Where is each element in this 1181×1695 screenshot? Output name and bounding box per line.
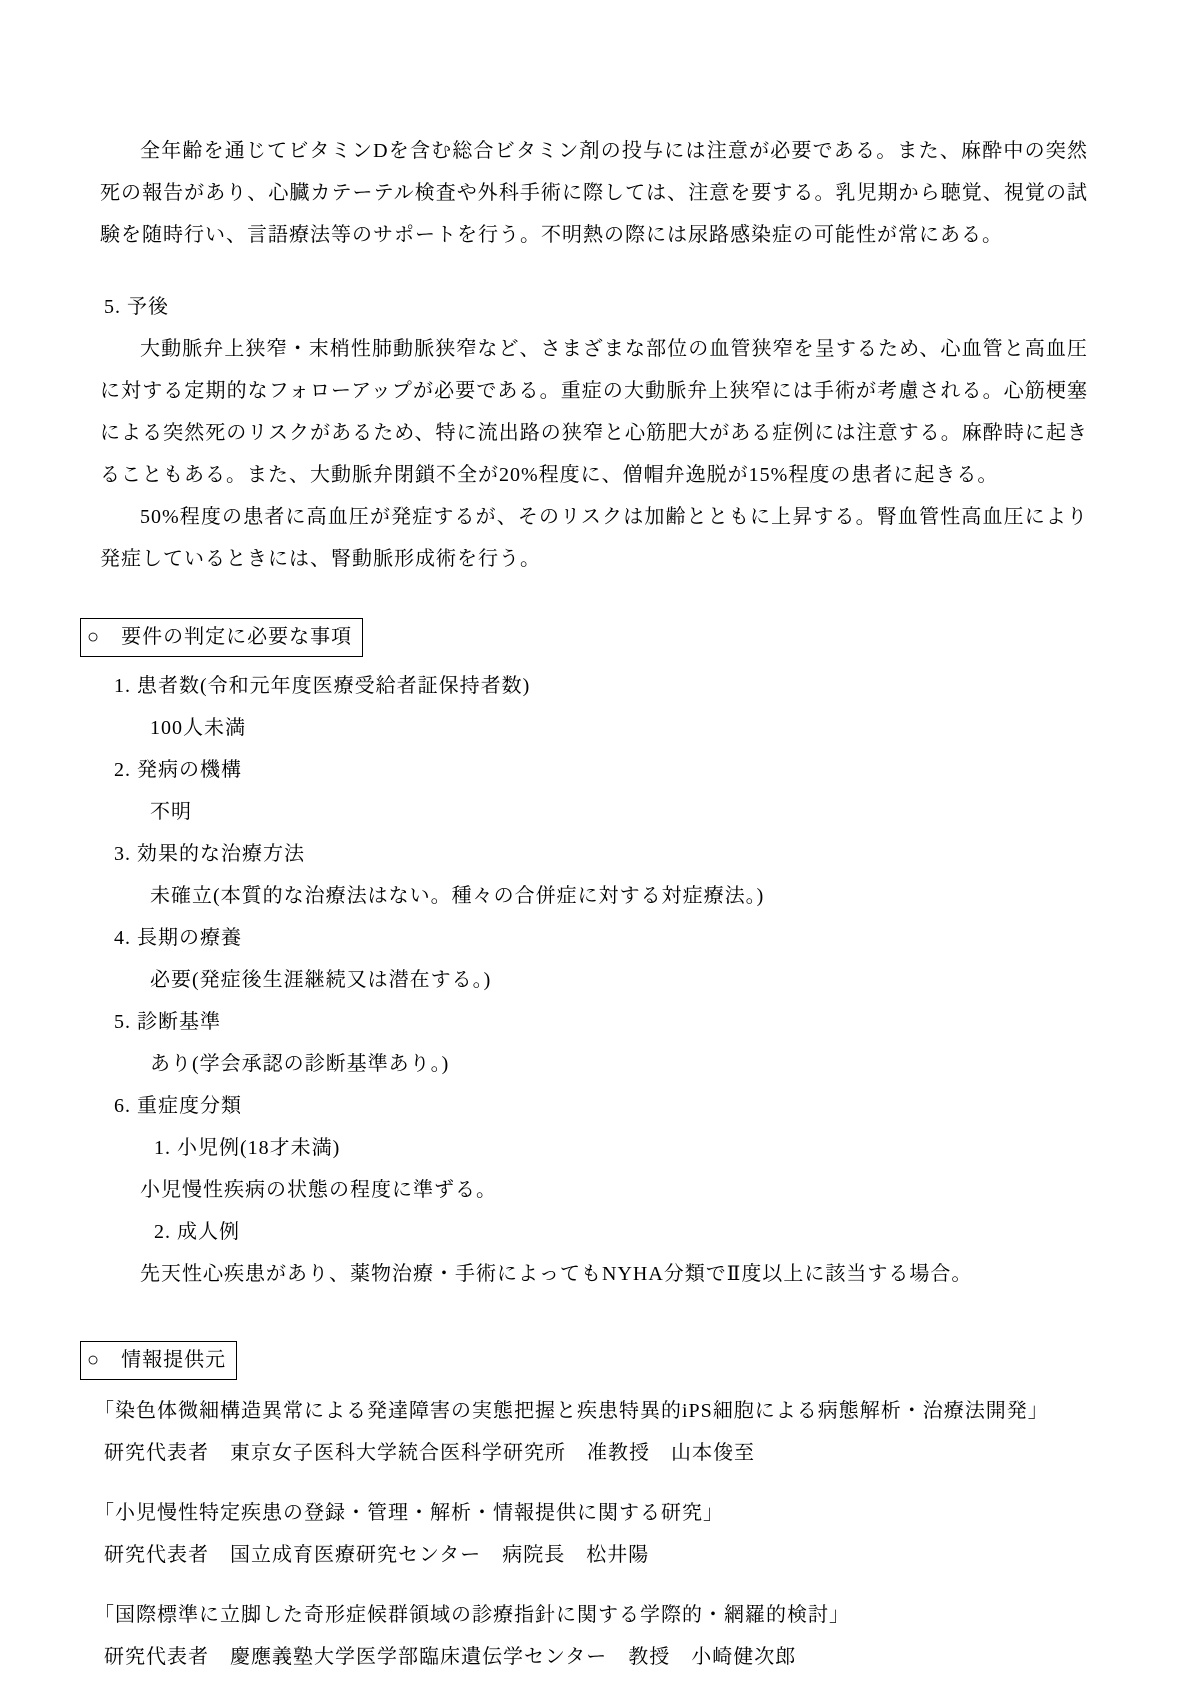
requirement-item-diagnostic-criteria: 5. 診断基準 あり(学会承認の診断基準あり。): [100, 1001, 1088, 1085]
requirement-value: あり(学会承認の診断基準あり。): [100, 1043, 1088, 1085]
research-representative: 研究代表者 慶應義塾大学医学部臨床遺伝学センター 教授 小崎健次郎: [100, 1636, 1088, 1678]
requirement-value: 未確立(本質的な治療法はない。種々の合併症に対する対症療法。): [100, 875, 1088, 917]
document-content: 全年齢を通じてビタミンDを含む総合ビタミン剤の投与には注意が必要である。また、麻…: [100, 130, 1088, 1695]
info-source-section-heading: ○ 情報提供元: [80, 1341, 237, 1380]
research-representative: 研究代表者 国立成育医療研究センター 病院長 松井陽: [100, 1534, 1088, 1576]
requirements-section-heading: ○ 要件の判定に必要な事項: [80, 618, 363, 657]
requirement-label: 3. 効果的な治療方法: [100, 833, 1088, 875]
research-title: 「国際標準に立脚した奇形症候群領域の診療指針に関する学際的・網羅的検討」: [94, 1594, 1088, 1636]
requirement-label: 1. 患者数(令和元年度医療受給者証保持者数): [100, 665, 1088, 707]
info-source-entry: 「国際標準に立脚した奇形症候群領域の診療指針に関する学際的・網羅的検討」 研究代…: [100, 1594, 1088, 1678]
document-page: 全年齢を通じてビタミンDを含む総合ビタミン剤の投与には注意が必要である。また、麻…: [0, 0, 1181, 1695]
requirement-item-patients: 1. 患者数(令和元年度医療受給者証保持者数) 100人未満: [100, 665, 1088, 749]
requirement-value: 不明: [100, 791, 1088, 833]
info-source-entry: 「染色体微細構造異常による発達障害の実態把握と疾患特異的iPS細胞による病態解析…: [100, 1390, 1088, 1474]
requirement-item-severity: 6. 重症度分類 1. 小児例(18才未満) 小児慢性疾病の状態の程度に準ずる。…: [100, 1085, 1088, 1295]
research-representative: 研究代表者 東京女子医科大学統合医科学研究所 准教授 山本俊至: [100, 1432, 1088, 1474]
severity-child-case-description: 小児慢性疾病の状態の程度に準ずる。: [100, 1169, 1088, 1211]
research-title: 「小児慢性特定疾患の登録・管理・解析・情報提供に関する研究」: [94, 1492, 1088, 1534]
info-source-list: 「染色体微細構造異常による発達障害の実態把握と疾患特異的iPS細胞による病態解析…: [100, 1390, 1088, 1678]
requirement-value: 100人未満: [100, 707, 1088, 749]
requirement-label: 4. 長期の療養: [100, 917, 1088, 959]
prognosis-paragraph-1: 大動脈弁上狭窄・末梢性肺動脈狭窄など、さまざまな部位の血管狭窄を呈するため、心血…: [100, 328, 1088, 496]
prognosis-paragraph-2: 50%程度の患者に高血圧が発症するが、そのリスクは加齢とともに上昇する。腎血管性…: [100, 496, 1088, 580]
requirement-value: 必要(発症後生涯継続又は潜在する。): [100, 959, 1088, 1001]
requirement-item-mechanism: 2. 発病の機構 不明: [100, 749, 1088, 833]
requirement-label: 6. 重症度分類: [100, 1085, 1088, 1127]
requirement-item-treatment: 3. 効果的な治療方法 未確立(本質的な治療法はない。種々の合併症に対する対症療…: [100, 833, 1088, 917]
requirement-label: 5. 診断基準: [100, 1001, 1088, 1043]
severity-adult-case-description: 先天性心疾患があり、薬物治療・手術によってもNYHA分類でⅡ度以上に該当する場合…: [100, 1253, 1088, 1295]
severity-adult-case-heading: 2. 成人例: [100, 1211, 1088, 1253]
research-title: 「染色体微細構造異常による発達障害の実態把握と疾患特異的iPS細胞による病態解析…: [94, 1390, 1088, 1432]
prognosis-section-heading: 5. 予後: [100, 286, 1088, 328]
precaution-paragraph: 全年齢を通じてビタミンDを含む総合ビタミン剤の投与には注意が必要である。また、麻…: [100, 130, 1088, 256]
requirement-label: 2. 発病の機構: [100, 749, 1088, 791]
info-source-entry: 「小児慢性特定疾患の登録・管理・解析・情報提供に関する研究」 研究代表者 国立成…: [100, 1492, 1088, 1576]
severity-child-case-heading: 1. 小児例(18才未満): [100, 1127, 1088, 1169]
requirements-list: 1. 患者数(令和元年度医療受給者証保持者数) 100人未満 2. 発病の機構 …: [100, 665, 1088, 1295]
requirement-item-longterm-care: 4. 長期の療養 必要(発症後生涯継続又は潜在する。): [100, 917, 1088, 1001]
